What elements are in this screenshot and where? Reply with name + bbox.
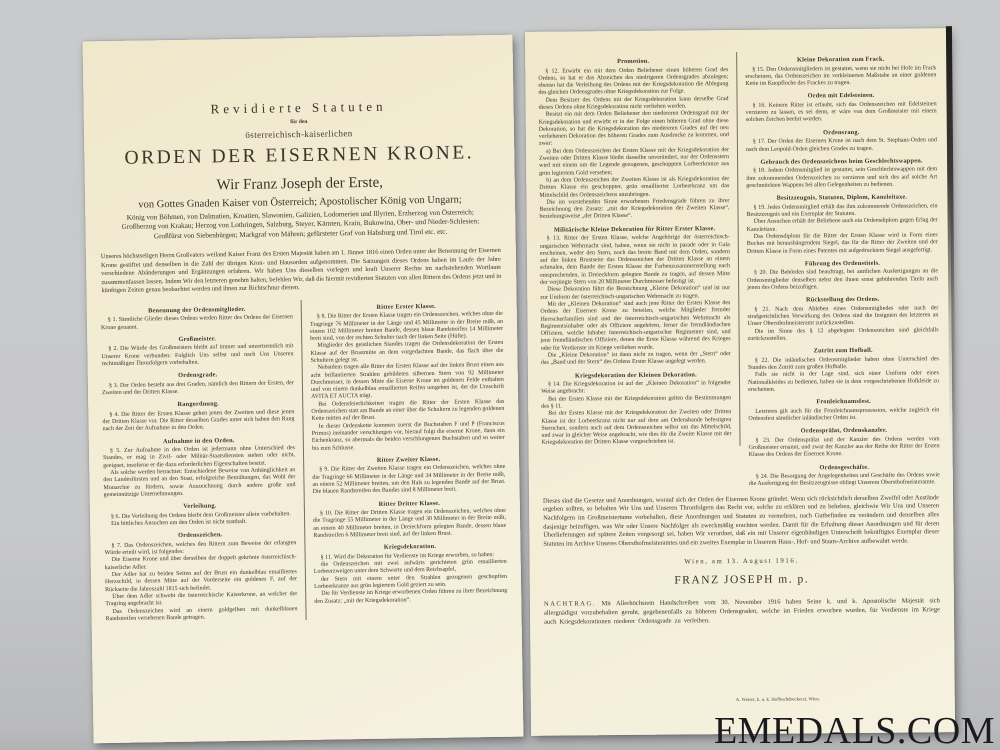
nachtrag-text: Mit Allerhöchstem Handschreiben vom 30. … xyxy=(544,598,940,626)
closing-paragraph: Dieses sind die Gesetze und Anordnungen,… xyxy=(543,494,939,549)
page2-column-left: Promotion.§ 12. Erwirbt ein mit dem Orde… xyxy=(538,52,740,447)
statute-paragraph: Der Adler hat zu beiden Seiten auf der B… xyxy=(105,569,297,594)
document-main-title: ORDEN DER EISERNEN KRONE. xyxy=(98,142,500,170)
section-heading: Kleine Dekoration zum Frack. xyxy=(745,55,936,64)
statute-paragraph: Das Ordenszeichen wird an einem goldgelb… xyxy=(105,606,297,624)
page2-column-right: Kleine Dekoration zum Frack.§ 15. Den Or… xyxy=(737,50,940,489)
statute-paragraph: b) an dem Ordenszeichen der Zweiten Klas… xyxy=(539,176,729,200)
section-heading: Rangordnung. xyxy=(102,399,294,409)
statutes-page-1: Revidierte Statuten für den österreichis… xyxy=(83,35,524,744)
statute-paragraph: § 13. Ritter der Ersten Klasse, welche A… xyxy=(540,234,730,287)
statute-paragraph: Mit der „Kleinen Dekoration“ sind auch j… xyxy=(540,300,730,353)
section-heading: Ordensgeschäfte. xyxy=(749,463,940,472)
statute-paragraph: § 3. Der Orden besteht aus drei Graden, … xyxy=(102,380,294,398)
page2-columns: Promotion.§ 12. Erwirbt ein mit dem Orde… xyxy=(538,50,940,490)
page1-columns: Benennung der Ordensmitglieder.§ 1. Sämt… xyxy=(101,297,508,624)
statute-paragraph: Besitzt ein mit dem Orden Beliehener den… xyxy=(539,110,729,148)
statute-paragraph: § 21. Nach dem Ableben eines Ordensmitgl… xyxy=(747,305,938,329)
statute-paragraph: § 2. Die Würde des Großmeisters bleibt a… xyxy=(101,343,293,368)
section-heading: Fronleichnamsfest. xyxy=(748,397,939,406)
section-heading: Führung des Ordenstitels. xyxy=(747,259,938,268)
emperor-titles-paragraph: König von Böhmen, von Dalmatien, Kroatie… xyxy=(115,208,485,242)
statute-paragraph: § 20. Die Behörden sind beauftragt, bei … xyxy=(747,269,938,293)
page1-column-right: Ritter Erster Klasse.§ 8. Die Ritter der… xyxy=(302,297,508,606)
statute-paragraph: Die für Verdienste im Kriege erworbenen … xyxy=(314,588,507,606)
printer-imprint: A. Weiser, k. u. k. Hofbuchdruckerei, Wi… xyxy=(736,697,820,703)
statute-paragraph: § 8. Die Ritter der Ersten Klasse tragen… xyxy=(310,311,503,343)
section-heading: Ritter Dritter Klasse. xyxy=(313,498,506,508)
statute-paragraph: § 14. Die Kriegsdekoration ist auf der „… xyxy=(541,380,731,396)
statute-paragraph: § 1. Sämtliche Glieder dieses Ordens wer… xyxy=(101,314,293,332)
section-heading: Ordensrang. xyxy=(746,128,937,137)
statute-paragraph: In dieser Ordenskette kommen zuerst die … xyxy=(312,421,505,453)
nachtrag-label: NACHTRAG. xyxy=(544,601,596,608)
section-heading: Ordensprälat, Ordenskanzler. xyxy=(748,427,939,436)
statute-paragraph: § 23. Der Ordensprälat und der Kanzler d… xyxy=(748,436,939,460)
statute-paragraph: Das Ordensdiplom für die Ritter der Erst… xyxy=(747,232,938,256)
emperor-proclamation-line: Wir Franz Joseph der Erste, xyxy=(99,173,501,196)
page1-column-left: Benennung der Ordensmitglieder.§ 1. Sämt… xyxy=(101,300,307,624)
signature-franz-joseph: FRANZ JOSEPH m. p. xyxy=(543,573,941,588)
statute-paragraph: § 15. Den Ordensmitgliedern ist gestatte… xyxy=(745,65,936,89)
section-heading: Kriegsdekoration der Kleinen Dekoration. xyxy=(541,371,731,380)
statute-paragraph: § 4. Die Ritter der Ersten Klasse gehen … xyxy=(102,409,294,434)
statute-paragraph: Letzteres gilt auch für die Fronleichnam… xyxy=(748,407,939,423)
section-heading: Ritter Erster Klasse. xyxy=(310,302,503,312)
statute-paragraph: Ein bittliches Ansuchen um den Orden ist… xyxy=(104,518,296,528)
statute-paragraph: Bei der Ersten Klasse mit der Kriegsdeko… xyxy=(541,395,731,411)
section-heading: Verleihung. xyxy=(104,501,296,511)
document-title-line3: österreichisch-kaiserlichen xyxy=(98,126,500,142)
section-heading: Militärische Kleine Dekoration für Ritte… xyxy=(540,225,730,234)
statute-paragraph: § 5. Zur Aufnahme in den Orden ist jeder… xyxy=(103,445,295,470)
statute-paragraph: § 24. Die Besorgung der Angelegenheiten … xyxy=(749,472,940,488)
dateline: Wien, am 13. August 1916. xyxy=(543,557,941,567)
section-heading: Benennung der Ordensmitglieder. xyxy=(101,305,293,315)
preamble-paragraph: Unseres höchstseligen Herrn Großvaters w… xyxy=(101,247,502,296)
statute-paragraph: § 18. Jedem Ordensmitglied ist gestattet… xyxy=(746,167,937,191)
section-heading: Ordensgrade. xyxy=(102,370,294,380)
statute-paragraph: Über Ansuchen erhält der Beliehene auch … xyxy=(747,218,938,234)
statute-paragraph: Die im vorstehenden Sinne erworbenen Fri… xyxy=(539,198,729,222)
statute-paragraph: Falls sie nicht in der Lage sind, sich e… xyxy=(748,371,939,395)
section-heading: Ordenszeichen. xyxy=(104,530,296,540)
section-heading: Orden mit Edelsteinen. xyxy=(745,92,936,101)
section-heading: Kriegsdekoration. xyxy=(313,542,506,552)
statute-paragraph: Die „Kleine Dekoration“ ist dann nicht z… xyxy=(541,351,731,367)
statute-paragraph: § 10. Die Ritter der Dritten Klasse trag… xyxy=(313,508,506,540)
section-heading: Gebrauch des Ordenszeichens beim Geschle… xyxy=(746,157,937,166)
section-heading: Rückstellung des Ordens. xyxy=(747,296,938,305)
statutes-page-2: Promotion.§ 12. Erwirbt ein mit dem Orde… xyxy=(525,28,955,736)
section-heading: Ritter Zweiter Klasse. xyxy=(312,455,505,465)
section-heading: Zutritt zum Hofball. xyxy=(748,346,939,355)
page1-header: Revidierte Statuten für den österreichis… xyxy=(97,97,501,243)
statute-paragraph: § 12. Erwirbt ein mit dem Orden Beliehen… xyxy=(538,67,728,98)
statute-paragraph: Bei der Ersten Klasse mit der Kriegsdeko… xyxy=(541,409,731,447)
statute-paragraph: Als solche werden betrachtet: Entschiede… xyxy=(103,467,295,499)
statute-paragraph: § 17. Der Orden der Eisernen Krone ist n… xyxy=(746,138,937,154)
statute-paragraph: Diese Dekoration führt die Bezeichnung „… xyxy=(540,285,730,301)
statute-paragraph: § 16. Keinem Ritter ist erlaubt, sich da… xyxy=(746,101,937,125)
statute-paragraph: Die im Sinne des § 12 abgelegten Ordensz… xyxy=(748,327,939,343)
statute-paragraph: Dem Besitzer des Ordens mit der Kriegsde… xyxy=(539,96,729,112)
section-heading: Besitzzeugnis, Statuten, Diplom, Kanzlei… xyxy=(746,194,937,203)
nachtrag-paragraph: NACHTRAG. Mit Allerhöchstem Handschreibe… xyxy=(544,598,940,628)
statute-paragraph: Bei Ordensfeierlichkeiten tragen die Rit… xyxy=(311,399,504,424)
statute-paragraph: § 9. Die Ritter der Zweiten Klasse trage… xyxy=(312,464,505,496)
statute-paragraph: Nebstdem tragen alle Ritter der Ersten K… xyxy=(311,362,505,402)
photo-background: { "watermark": "EMEDALS.COM", "page1": {… xyxy=(0,0,1000,750)
section-heading: Promotion. xyxy=(538,57,728,66)
section-heading: Aufnahme in den Orden. xyxy=(103,436,295,446)
section-heading: Großmeister. xyxy=(101,334,293,344)
statute-paragraph: a) Bei dem Ordenszeichen der Ersten Klas… xyxy=(539,147,729,178)
emedals-watermark: EMEDALS.COM xyxy=(714,709,995,750)
